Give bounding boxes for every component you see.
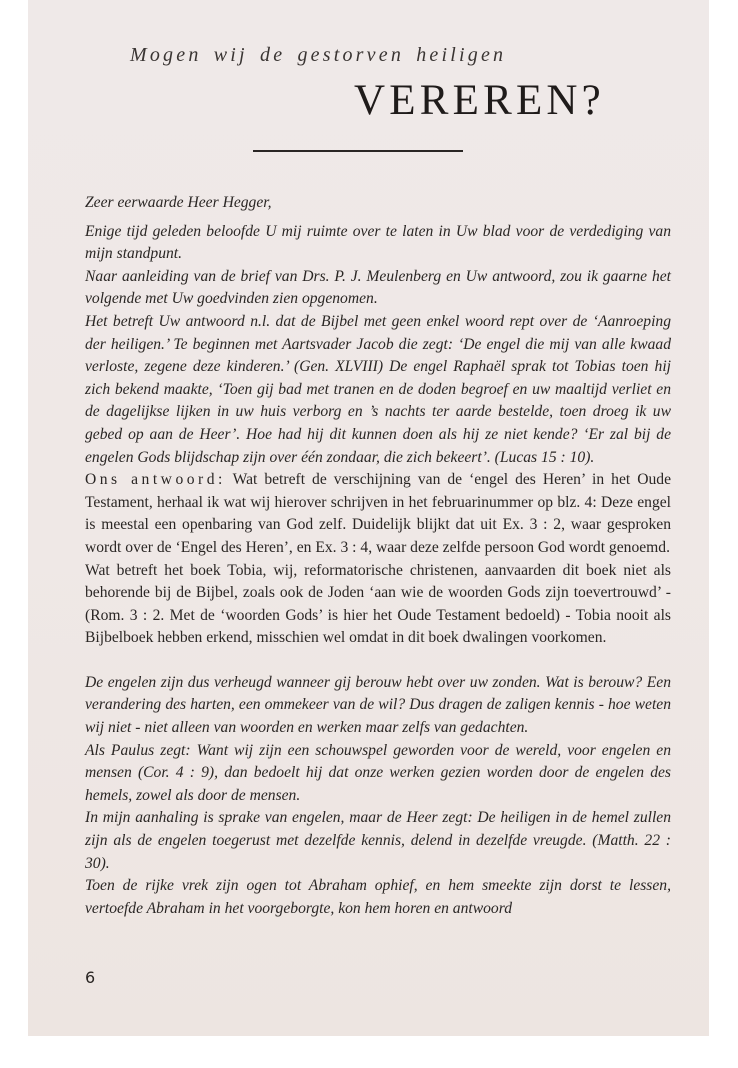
article-title: VEREREN?	[354, 76, 605, 125]
article-body: Zeer eerwaarde Heer Hegger, Enige tijd g…	[85, 192, 671, 920]
answer-paragraph: Ons antwoord: Wat betreft de verschijnin…	[85, 469, 671, 559]
letter-paragraph: Toen de rijke vrek zijn ogen tot Abraham…	[85, 875, 671, 920]
letter-paragraph: Het betreft Uw antwoord n.l. dat de Bijb…	[85, 311, 671, 469]
article-subtitle: Mogen wij de gestorven heiligen	[130, 44, 506, 67]
answer-paragraph: Wat betreft het boek Tobia, wij, reforma…	[85, 560, 671, 650]
letter-paragraph: In mijn aanhaling is sprake van engelen,…	[85, 807, 671, 875]
letter-paragraph: Naar aanleiding van de brief van Drs. P.…	[85, 266, 671, 311]
title-divider	[253, 150, 463, 152]
letter-paragraph: Als Paulus zegt: Want wij zijn een schou…	[85, 740, 671, 808]
letter-salutation: Zeer eerwaarde Heer Hegger,	[85, 192, 671, 215]
letter-paragraph: De engelen zijn dus verheugd wanneer gij…	[85, 672, 671, 740]
answer-label: Ons antwoord:	[85, 471, 226, 488]
section-gap	[85, 650, 671, 672]
page-number: 6	[85, 968, 95, 987]
letter-paragraph: Enige tijd geleden beloofde U mij ruimte…	[85, 221, 671, 266]
